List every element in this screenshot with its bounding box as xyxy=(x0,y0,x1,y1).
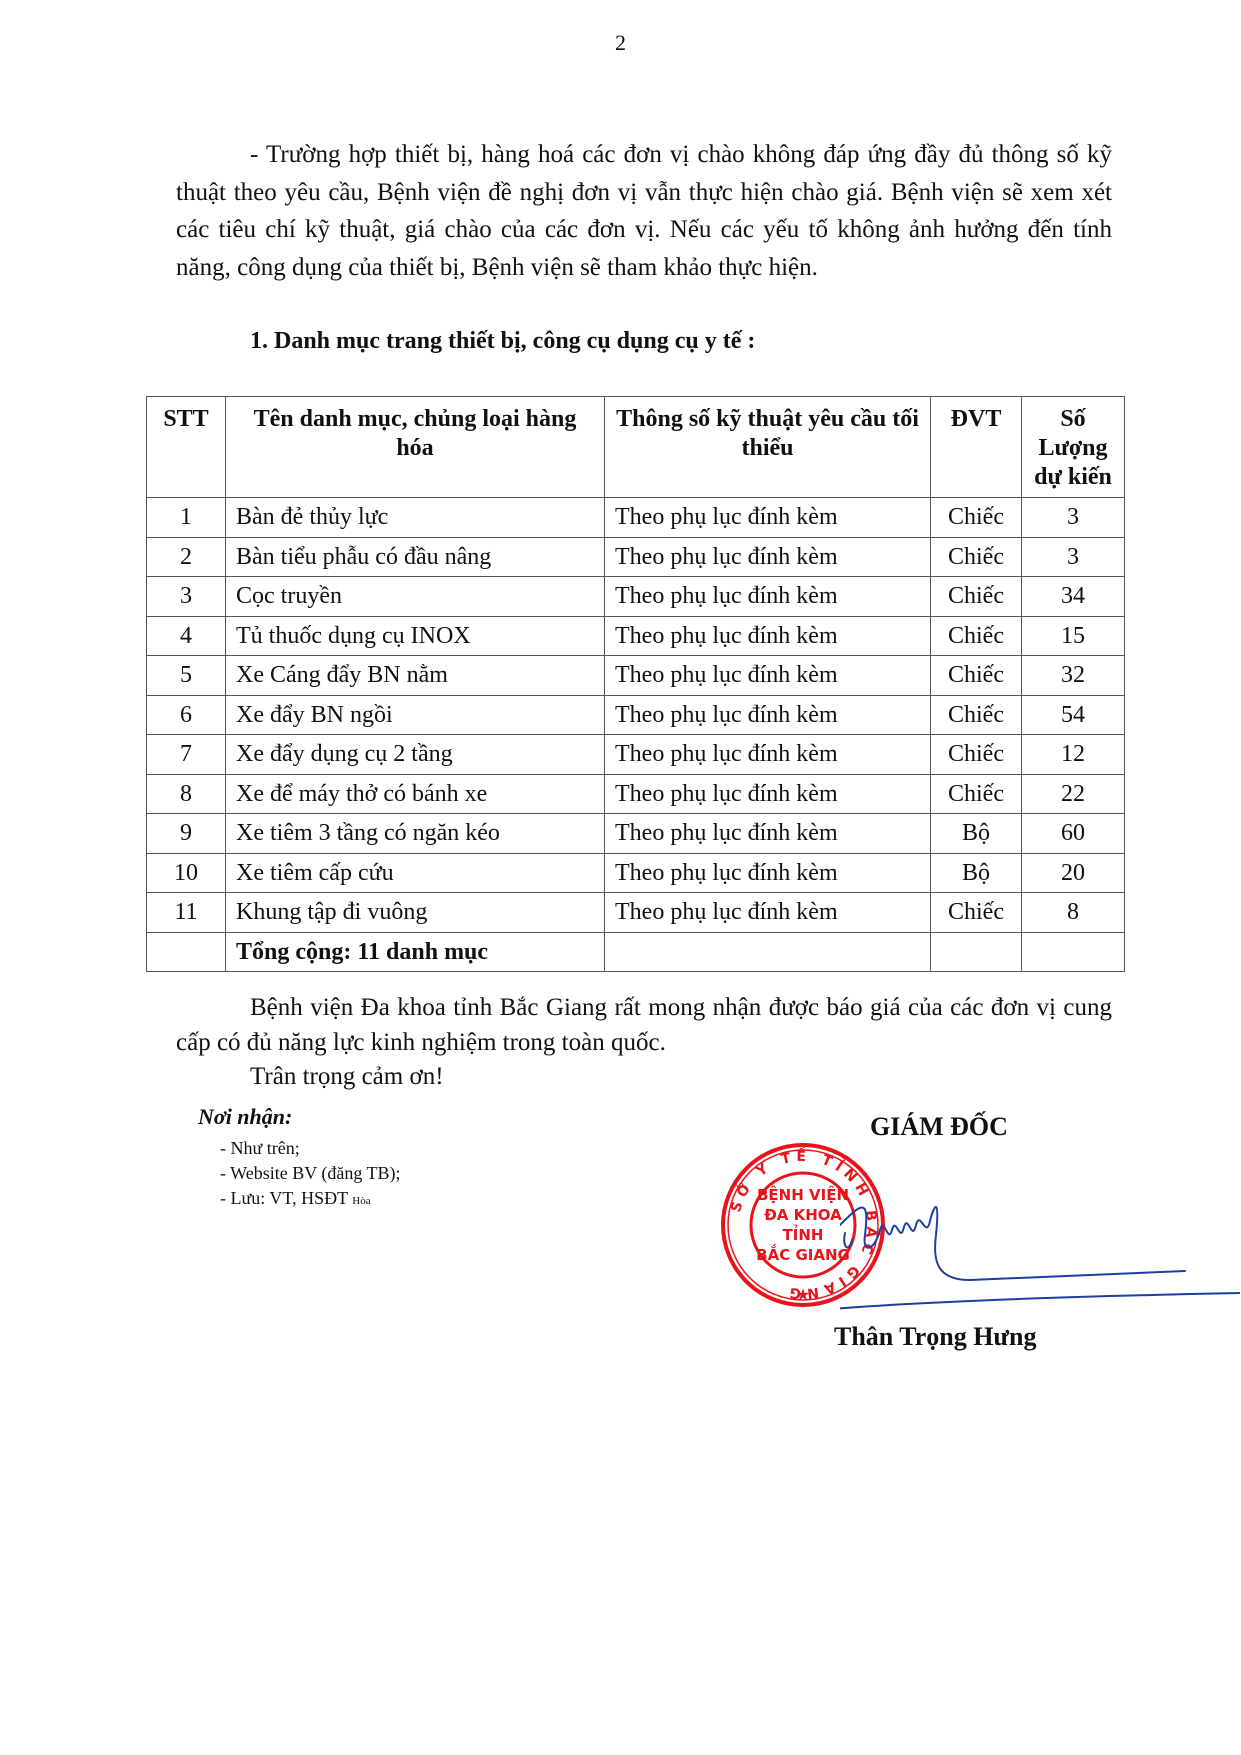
table-row: 10 Xe tiêm cấp cứu Theo phụ lục đính kèm… xyxy=(147,853,1125,893)
cell-spec: Theo phụ lục đính kèm xyxy=(605,774,931,814)
cell-stt: 1 xyxy=(147,498,226,538)
cell-spec: Theo phụ lục đính kèm xyxy=(605,735,931,775)
recipient-item: - Website BV (đăng TB); xyxy=(220,1161,401,1186)
table-row: 8 Xe để máy thở có bánh xe Theo phụ lục … xyxy=(147,774,1125,814)
signer-title: GIÁM ĐỐC xyxy=(870,1112,1008,1142)
header-name: Tên danh mục, chủng loại hàng hóa xyxy=(226,397,605,498)
recipients-title: Nơi nhận: xyxy=(198,1104,292,1130)
cell-unit: Chiếc xyxy=(931,577,1022,617)
table-row: 9 Xe tiêm 3 tầng có ngăn kéo Theo phụ lụ… xyxy=(147,814,1125,854)
table-total-row: Tổng cộng: 11 danh mục xyxy=(147,932,1125,972)
cell-qty: 32 xyxy=(1022,656,1125,696)
cell-stt: 5 xyxy=(147,656,226,696)
table-row: 3 Cọc truyền Theo phụ lục đính kèm Chiếc… xyxy=(147,577,1125,617)
cell-name: Tủ thuốc dụng cụ INOX xyxy=(226,616,605,656)
equipment-table: STT Tên danh mục, chủng loại hàng hóa Th… xyxy=(146,396,1125,972)
section-heading: 1. Danh mục trang thiết bị, công cụ dụng… xyxy=(250,328,755,355)
cell-name: Bàn tiểu phẫu có đầu nâng xyxy=(226,537,605,577)
cell-unit: Chiếc xyxy=(931,774,1022,814)
cell-empty xyxy=(147,932,226,972)
cell-qty: 34 xyxy=(1022,577,1125,617)
cell-spec: Theo phụ lục đính kèm xyxy=(605,498,931,538)
table-row: 6 Xe đẩy BN ngồi Theo phụ lục đính kèm C… xyxy=(147,695,1125,735)
recipients-list: - Như trên; - Website BV (đăng TB); - Lư… xyxy=(220,1136,401,1214)
cell-spec: Theo phụ lục đính kèm xyxy=(605,537,931,577)
table-row: 2 Bàn tiểu phẫu có đầu nâng Theo phụ lục… xyxy=(147,537,1125,577)
cell-name: Xe Cáng đẩy BN nằm xyxy=(226,656,605,696)
cell-name: Cọc truyền xyxy=(226,577,605,617)
cell-empty xyxy=(1022,932,1125,972)
cell-name: Bàn đẻ thủy lực xyxy=(226,498,605,538)
table-row: 11 Khung tập đi vuông Theo phụ lục đính … xyxy=(147,893,1125,933)
cell-spec: Theo phụ lục đính kèm xyxy=(605,853,931,893)
cell-qty: 60 xyxy=(1022,814,1125,854)
cell-qty: 20 xyxy=(1022,853,1125,893)
cell-spec: Theo phụ lục đính kèm xyxy=(605,616,931,656)
cell-empty xyxy=(605,932,931,972)
cell-stt: 7 xyxy=(147,735,226,775)
cell-name: Khung tập đi vuông xyxy=(226,893,605,933)
signature-icon xyxy=(840,1185,1240,1315)
header-spec: Thông số kỹ thuật yêu cầu tối thiểu xyxy=(605,397,931,498)
intro-paragraph: - Trường hợp thiết bị, hàng hoá các đơn … xyxy=(176,136,1112,286)
stamp-line: BẮC GIANG xyxy=(756,1243,850,1264)
header-stt: STT xyxy=(147,397,226,498)
cell-unit: Chiếc xyxy=(931,616,1022,656)
recipient-item: - Như trên; xyxy=(220,1136,401,1161)
table-row: 4 Tủ thuốc dụng cụ INOX Theo phụ lục đín… xyxy=(147,616,1125,656)
cell-name: Xe tiêm 3 tầng có ngăn kéo xyxy=(226,814,605,854)
cell-unit: Chiếc xyxy=(931,695,1022,735)
cell-stt: 3 xyxy=(147,577,226,617)
header-unit: ĐVT xyxy=(931,397,1022,498)
table-body: 1 Bàn đẻ thủy lực Theo phụ lục đính kèm … xyxy=(147,498,1125,972)
cell-name: Xe tiêm cấp cứu xyxy=(226,853,605,893)
total-label: Tổng cộng: 11 danh mục xyxy=(226,932,605,972)
cell-name: Xe để máy thở có bánh xe xyxy=(226,774,605,814)
recipient-item: - Lưu: VT, HSĐT Hòa xyxy=(220,1186,401,1214)
closing-paragraph: Bệnh viện Đa khoa tỉnh Bắc Giang rất mon… xyxy=(176,990,1112,1060)
table-row: 1 Bàn đẻ thủy lực Theo phụ lục đính kèm … xyxy=(147,498,1125,538)
thanks-line: Trân trọng cảm ơn! xyxy=(250,1063,444,1091)
cell-qty: 8 xyxy=(1022,893,1125,933)
header-qty: Số Lượng dự kiến xyxy=(1022,397,1125,498)
cell-spec: Theo phụ lục đính kèm xyxy=(605,814,931,854)
cell-qty: 15 xyxy=(1022,616,1125,656)
cell-stt: 10 xyxy=(147,853,226,893)
recipient-text: - Lưu: VT, HSĐT xyxy=(220,1188,348,1208)
stamp-line: ĐA KHOA xyxy=(764,1206,842,1224)
cell-stt: 9 xyxy=(147,814,226,854)
cell-qty: 22 xyxy=(1022,774,1125,814)
table-header-row: STT Tên danh mục, chủng loại hàng hóa Th… xyxy=(147,397,1125,498)
cell-spec: Theo phụ lục đính kèm xyxy=(605,893,931,933)
star-icon: ★ xyxy=(796,1285,810,1304)
cell-qty: 54 xyxy=(1022,695,1125,735)
cell-unit: Bộ xyxy=(931,814,1022,854)
cell-stt: 2 xyxy=(147,537,226,577)
cell-qty: 3 xyxy=(1022,498,1125,538)
page-number: 2 xyxy=(0,30,1241,56)
cell-spec: Theo phụ lục đính kèm xyxy=(605,577,931,617)
cell-name: Xe đẩy BN ngồi xyxy=(226,695,605,735)
cell-stt: 8 xyxy=(147,774,226,814)
cell-spec: Theo phụ lục đính kèm xyxy=(605,656,931,696)
cell-qty: 12 xyxy=(1022,735,1125,775)
stamp-line: TỈNH xyxy=(783,1223,824,1244)
signer-name: Thân Trọng Hưng xyxy=(834,1322,1037,1352)
cell-qty: 3 xyxy=(1022,537,1125,577)
cell-unit: Chiếc xyxy=(931,498,1022,538)
table-row: 7 Xe đẩy dụng cụ 2 tầng Theo phụ lục đín… xyxy=(147,735,1125,775)
cell-stt: 4 xyxy=(147,616,226,656)
table-row: 5 Xe Cáng đẩy BN nằm Theo phụ lục đính k… xyxy=(147,656,1125,696)
cell-unit: Bộ xyxy=(931,853,1022,893)
cell-name: Xe đẩy dụng cụ 2 tầng xyxy=(226,735,605,775)
cell-stt: 6 xyxy=(147,695,226,735)
cell-unit: Chiếc xyxy=(931,537,1022,577)
recipient-initials: Hòa xyxy=(352,1195,370,1207)
cell-unit: Chiếc xyxy=(931,735,1022,775)
cell-unit: Chiếc xyxy=(931,893,1022,933)
cell-empty xyxy=(931,932,1022,972)
cell-stt: 11 xyxy=(147,893,226,933)
cell-spec: Theo phụ lục đính kèm xyxy=(605,695,931,735)
cell-unit: Chiếc xyxy=(931,656,1022,696)
stamp-line: BỆNH VIỆN xyxy=(757,1184,849,1204)
